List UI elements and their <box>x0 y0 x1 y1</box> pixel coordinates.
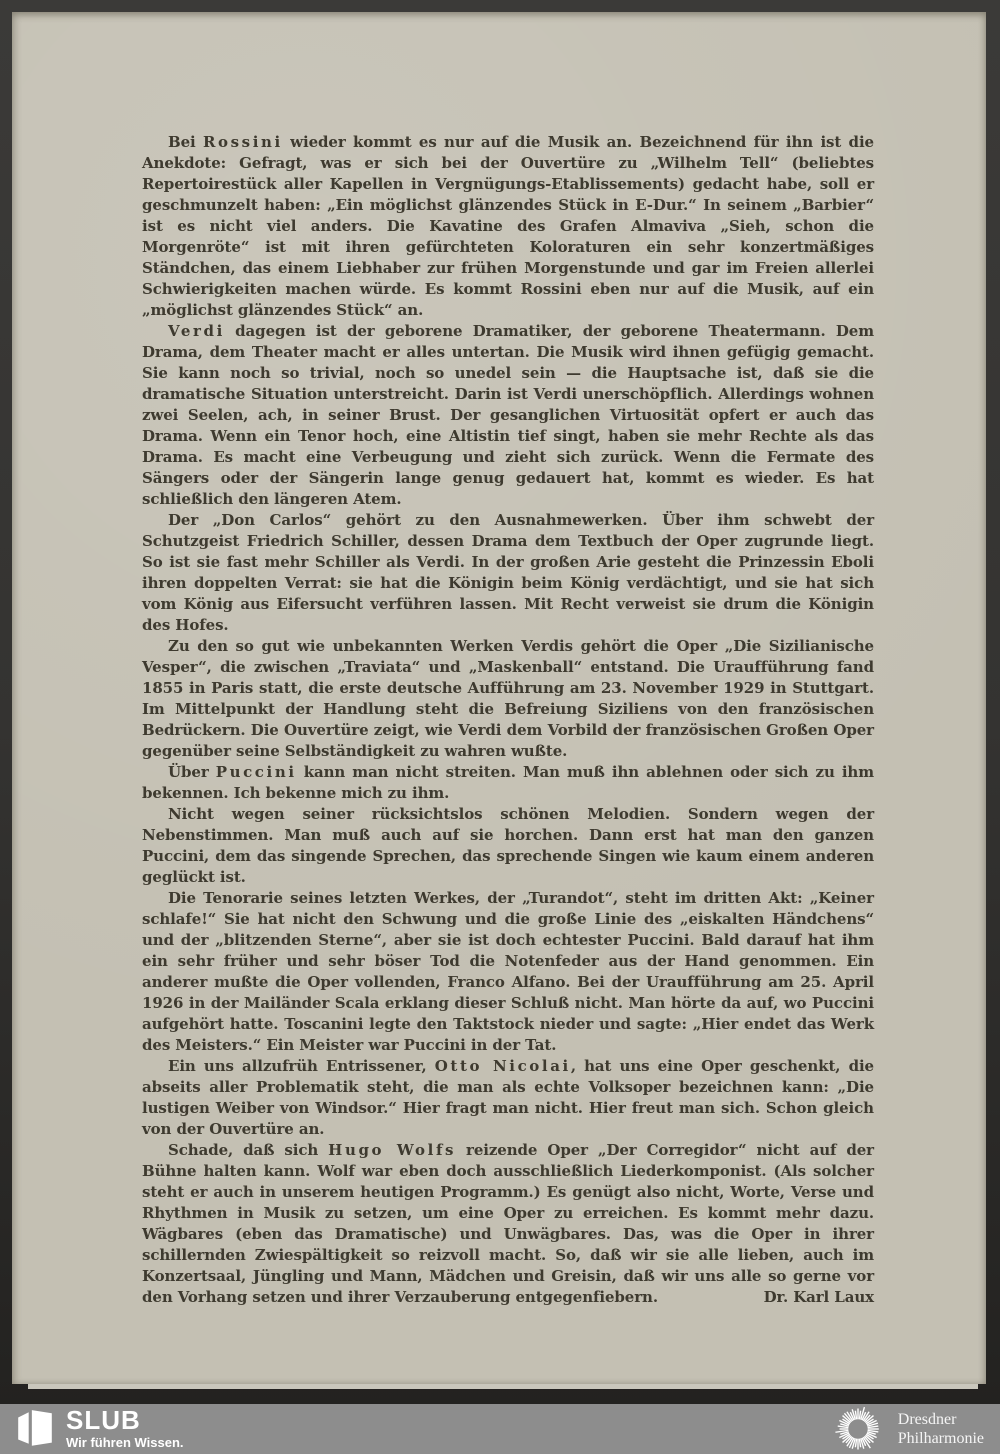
viewer-footer: SLUB Wir führen Wissen. Dresdner Philhar… <box>0 1404 1000 1454</box>
emphasized-name: Puccini <box>216 763 297 781</box>
scanned-page: Bei Rossini wieder kommt es nur auf die … <box>12 12 986 1384</box>
paragraph: Der „Don Carlos“ gehört zu den Ausnahmew… <box>142 510 874 636</box>
paragraph: Schade, daß sich Hugo Wolfs reizende Ope… <box>142 1140 874 1308</box>
emphasized-name: Verdi <box>168 322 225 340</box>
paragraph: Nicht wegen seiner rücksichtslos schönen… <box>142 804 874 888</box>
emphasized-name: Otto Nicolai <box>435 1057 571 1075</box>
dresdner-philharmonie-logo[interactable]: Dresdner Philharmonie <box>834 1405 984 1453</box>
emphasized-name: Hugo Wolfs <box>328 1141 456 1159</box>
paragraph: Die Tenorarie seines letzten Werkes, der… <box>142 888 874 1056</box>
starburst-icon <box>834 1405 882 1453</box>
paragraph: Ein uns allzufrüh Entrissener, Otto Nico… <box>142 1056 874 1140</box>
slub-tagline: Wir führen Wissen. <box>66 1435 184 1451</box>
open-book-icon <box>16 1408 54 1450</box>
partner-name-line1: Dresdner <box>898 1410 984 1429</box>
paragraph: Über Puccini kann man nicht streiten. Ma… <box>142 762 874 804</box>
paragraph: Zu den so gut wie unbekannten Werken Ver… <box>142 636 874 762</box>
partner-name-line2: Philharmonie <box>898 1429 984 1448</box>
paragraph: Bei Rossini wieder kommt es nur auf die … <box>142 132 874 321</box>
document-text: Bei Rossini wieder kommt es nur auf die … <box>142 132 874 1308</box>
emphasized-name: Rossini <box>203 133 283 151</box>
paragraph: Verdi dagegen ist der geborene Dramatike… <box>142 321 874 510</box>
slub-wordmark: SLUB <box>66 1407 184 1433</box>
slub-logo[interactable]: SLUB Wir führen Wissen. <box>16 1407 184 1451</box>
